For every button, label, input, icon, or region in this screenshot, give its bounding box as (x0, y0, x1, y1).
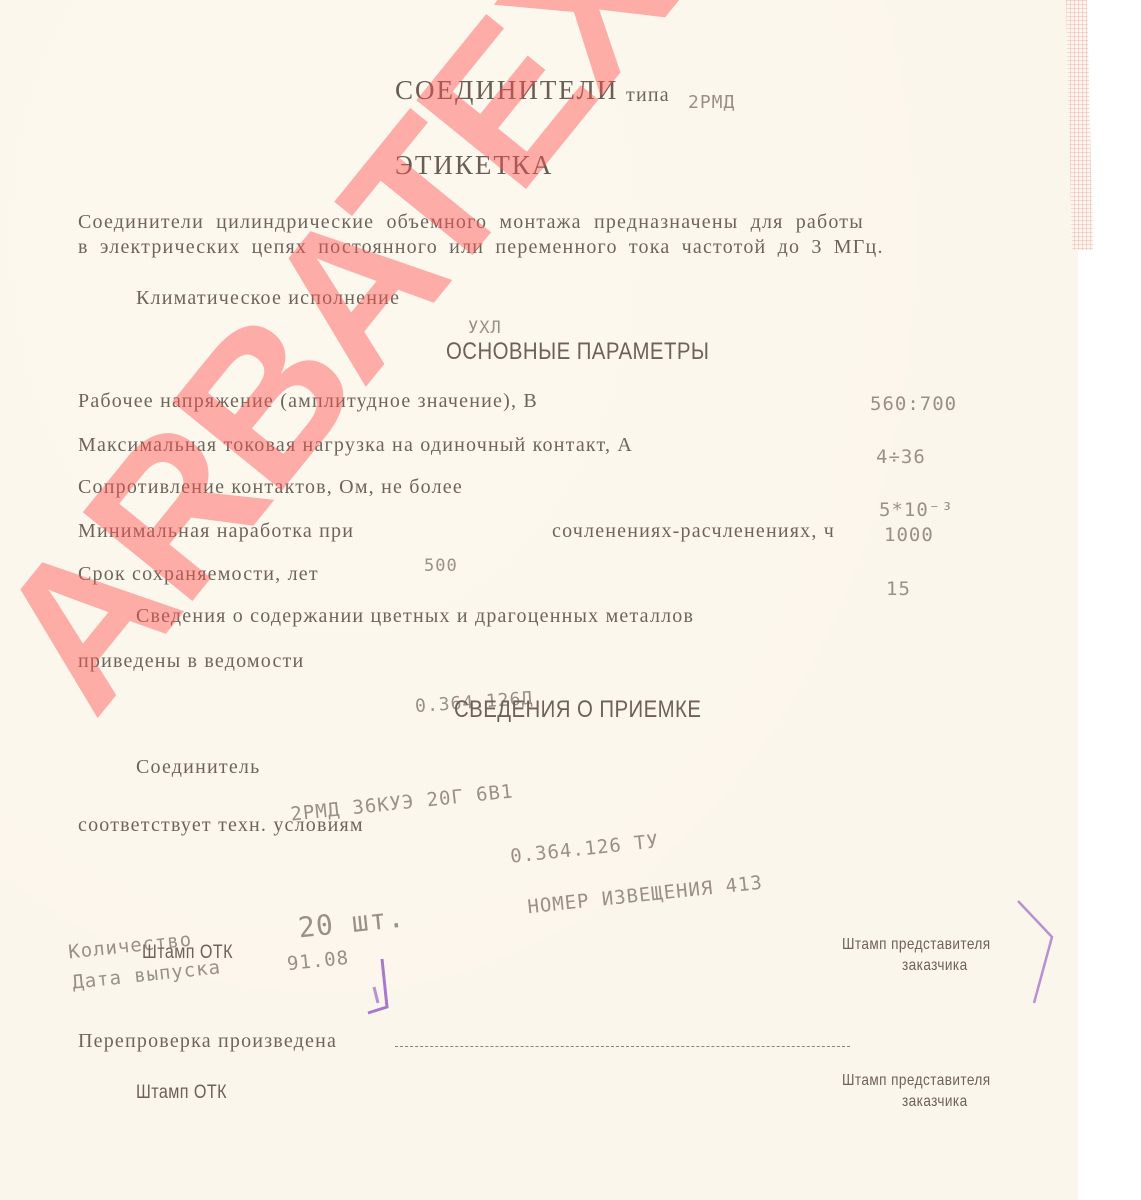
type-label: типа (626, 84, 670, 107)
param-label-cycles-b: сочленениях-расчленениях, ч (552, 520, 835, 543)
document-title: СОЕДИНИТЕЛИ (395, 75, 618, 106)
metals-line-2: приведены в ведомости (78, 650, 304, 673)
param-label-current: Максимальная токовая нагрузка на одиночн… (78, 434, 633, 457)
param-value-current: 4÷36 (876, 446, 926, 468)
param-label-cycles-a: Минимальная наработка при (78, 520, 354, 543)
stamp-otk-label: Штамп ОТК (142, 942, 233, 964)
metals-line-1: Сведения о содержании цветных и драгоцен… (136, 605, 694, 628)
param-value-storage: 15 (886, 578, 911, 600)
param-label-storage: Срок сохраняемости, лет (78, 563, 319, 586)
recheck-stamp-otk: Штамп ОТК (136, 1082, 227, 1104)
recheck-signature-line (395, 1046, 850, 1047)
intro-line-2: в электрических цепях постоянного или пе… (78, 236, 884, 259)
stamp-customer-line-2: заказчика (902, 957, 968, 975)
param-value-resistance: 5*10⁻³ (879, 499, 954, 521)
intro-line-1: Соединители цилиндрические объемного мон… (78, 211, 864, 234)
recheck-stamp-customer-line-1: Штамп представителя (842, 1072, 991, 1090)
param-inline-cycles-value: 500 (424, 556, 458, 576)
climate-value: УХЛ (468, 318, 502, 338)
param-label-voltage: Рабочее напряжение (амплитудное значение… (78, 390, 538, 413)
type-value: 2РМД (688, 92, 735, 113)
recheck-stamp-customer-line-2: заказчика (902, 1093, 968, 1111)
param-value-cycles: 1000 (884, 524, 934, 546)
params-heading: ОСНОВНЫЕ ПАРАМЕТРЫ (446, 338, 709, 366)
connector-label: Соединитель (136, 756, 260, 779)
param-value-voltage: 560:700 (870, 393, 957, 415)
climate-label: Климатическое исполнение (136, 287, 400, 310)
acceptance-heading: СВЕДЕНИЯ О ПРИЕМКЕ (454, 696, 701, 724)
param-label-resistance: Сопротивление контактов, Ом, не более (78, 476, 463, 499)
document-subtitle: ЭТИКЕТКА (395, 150, 553, 181)
conforms-label: соответствует техн. условиям (78, 814, 364, 837)
recheck-label: Перепроверка произведена (78, 1030, 337, 1053)
stamp-customer-line-1: Штамп представителя (842, 936, 991, 954)
